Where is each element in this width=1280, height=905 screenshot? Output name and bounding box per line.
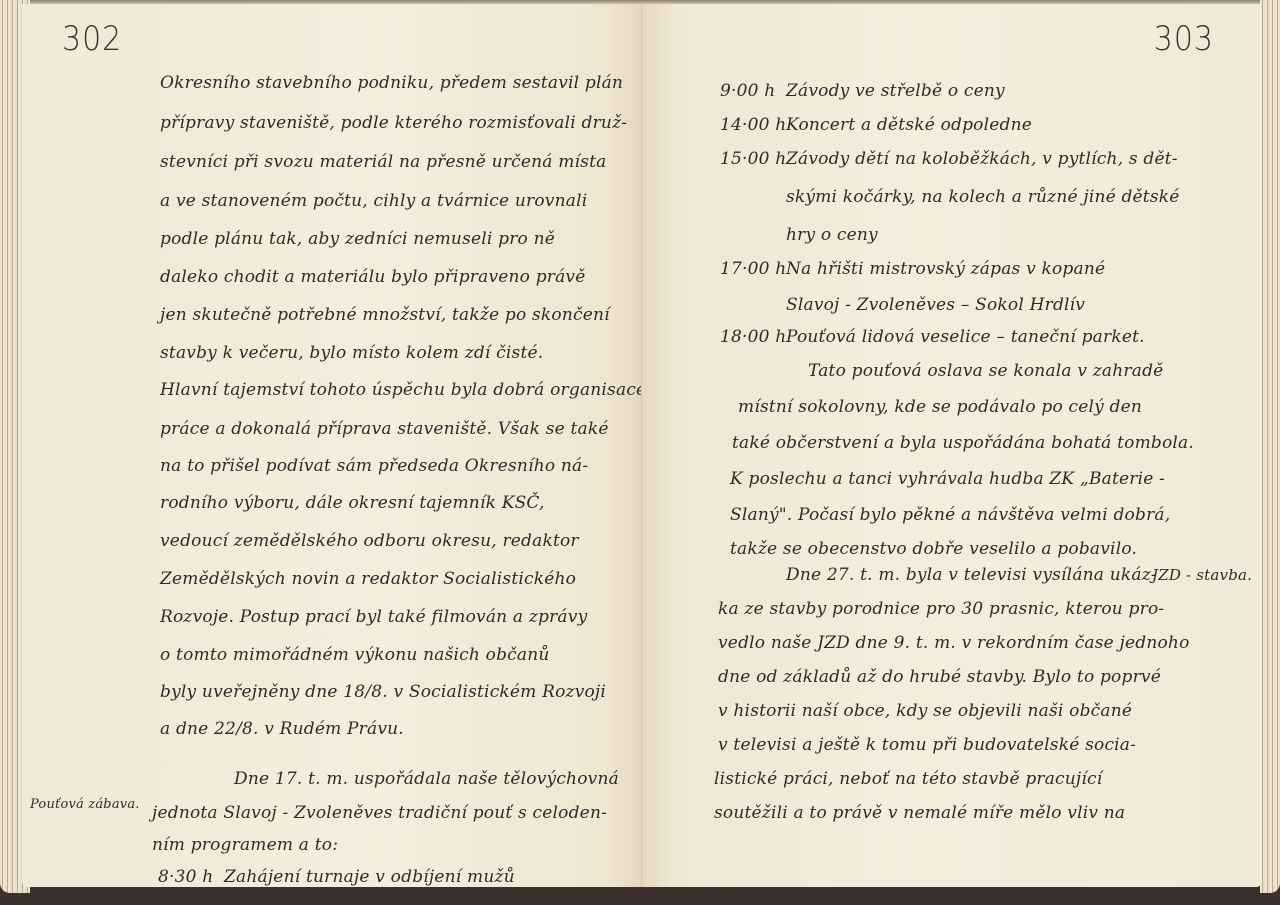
text-line: jen skutečně potřebné množství, takže po…	[160, 300, 610, 330]
text-line: ním programem a to:	[152, 830, 338, 860]
schedule-item: 18·00 hPouťová lidová veselice – taneční…	[720, 322, 1145, 352]
text-line: soutěžili a to právě v nemalé míře mělo …	[714, 798, 1125, 828]
text-line: K poslechu a tanci vyhrávala hudba ZK „B…	[730, 464, 1165, 494]
text-line: Dne 27. t. m. byla v televisi vysílána u…	[786, 560, 1157, 590]
schedule-text: hry o ceny	[786, 225, 878, 245]
text-line: místní sokolovny, kde se podávalo po cel…	[738, 392, 1142, 422]
text-line: dne od základů až do hrubé stavby. Bylo …	[718, 662, 1161, 692]
text-line: a ve stanoveném počtu, cihly a tvárnice …	[160, 186, 587, 216]
schedule-time: 15·00 h	[720, 144, 786, 174]
schedule-text: skými kočárky, na kolech a různé jiné dě…	[786, 187, 1180, 207]
text-line: v historii naší obce, kdy se objevili na…	[718, 696, 1132, 726]
schedule-item: 15·00 hZávody dětí na koloběžkách, v pyt…	[720, 144, 1178, 174]
schedule-time: 18·00 h	[720, 322, 786, 352]
text-line: Rozvoje. Postup prací byl také filmován …	[160, 602, 587, 632]
text-line: listické práci, neboť na této stavbě pra…	[714, 764, 1102, 794]
schedule-item: 17·00 hNa hřišti mistrovský zápas v kopa…	[720, 254, 1105, 284]
schedule-item: hry o ceny	[720, 220, 878, 250]
open-book: 302 Okresního stavebního podniku, předem…	[0, 0, 1280, 893]
schedule-time: 14·00 h	[720, 110, 786, 140]
text-line: Slaný". Počasí bylo pěkné a návštěva vel…	[730, 500, 1170, 530]
schedule-text: Pouťová lidová veselice – taneční parket…	[786, 327, 1145, 347]
schedule-text: Závody dětí na koloběžkách, v pytlích, s…	[786, 149, 1178, 169]
text-line: Okresního stavebního podniku, předem ses…	[160, 68, 623, 98]
schedule-item: Slavoj - Zvoleněves – Sokol Hrdlív	[720, 290, 1085, 320]
text-line: stavby k večeru, bylo místo kolem zdí či…	[160, 338, 543, 368]
text-line: Tato pouťová oslava se konala v zahradě	[808, 356, 1163, 386]
schedule-time: 9·00 h	[720, 76, 786, 106]
text-line: v televisi a ještě k tomu při budovatels…	[718, 730, 1136, 760]
text-line: ka ze stavby porodnice pro 30 prasnic, k…	[718, 594, 1164, 624]
page-number-left: 302	[62, 20, 122, 59]
text-line: Hlavní tajemství tohoto úspěchu byla dob…	[160, 375, 646, 405]
text-line: daleko chodit a materiálu bylo připraven…	[160, 262, 586, 292]
text-line: o tomto mimořádném výkonu našich občanů	[160, 640, 550, 670]
schedule-text: Slavoj - Zvoleněves – Sokol Hrdlív	[786, 295, 1085, 315]
text-line: také občerstvení a byla uspořádána bohat…	[732, 428, 1194, 458]
margin-note-poutova-zabava: Pouťová zábava.	[30, 790, 140, 820]
schedule-item: 9·00 hZávody ve střelbě o ceny	[720, 76, 1005, 106]
text-line: byly uveřejněny dne 18/8. v Socialistick…	[160, 677, 606, 707]
text-line: vedoucí zemědělského odboru okresu, reda…	[160, 526, 579, 556]
schedule-text: Na hřišti mistrovský zápas v kopané	[786, 259, 1105, 279]
text-line: a dne 22/8. v Rudém Právu.	[160, 714, 404, 744]
schedule-text: Závody ve střelbě o ceny	[786, 81, 1005, 101]
text-line: rodního výboru, dále okresní tajemník KS…	[160, 488, 545, 518]
right-page: 303 9·00 hZávody ve střelbě o ceny 14·00…	[642, 4, 1262, 887]
schedule-text: Koncert a dětské odpoledne	[786, 115, 1032, 135]
text-line: práce a dokonalá příprava staveniště. Vš…	[160, 414, 609, 444]
page-number-right: 303	[1154, 20, 1214, 59]
text-line: stevníci při svozu materiál na přesně ur…	[160, 147, 606, 177]
text-line: Dne 17. t. m. uspořádala naše tělovýchov…	[234, 764, 619, 794]
text-line: na to přišel podívat sám předseda Okresn…	[160, 451, 588, 481]
text-line: vedlo naše JZD dne 9. t. m. v rekordním …	[718, 628, 1190, 658]
text-line: přípravy staveniště, podle kterého rozmi…	[160, 108, 627, 138]
text-line: podle plánu tak, aby zedníci nemuseli pr…	[160, 224, 555, 254]
text-line: Zemědělských novin a redaktor Socialisti…	[160, 564, 576, 594]
page-stack-right	[1260, 0, 1280, 893]
margin-note-jzd-stavba: JZD - stavba.	[1152, 560, 1252, 590]
schedule-item: 8·30 hZahájení turnaje v odbíjení mužů	[158, 862, 515, 892]
schedule-time: 8·30 h	[158, 862, 224, 892]
text-line: jednota Slavoj - Zvoleněves tradiční pou…	[152, 798, 607, 828]
left-page: 302 Okresního stavebního podniku, předem…	[22, 4, 642, 887]
schedule-item: 14·00 hKoncert a dětské odpoledne	[720, 110, 1032, 140]
schedule-item: skými kočárky, na kolech a různé jiné dě…	[720, 182, 1180, 212]
schedule-text: Zahájení turnaje v odbíjení mužů	[224, 867, 515, 887]
schedule-time: 17·00 h	[720, 254, 786, 284]
